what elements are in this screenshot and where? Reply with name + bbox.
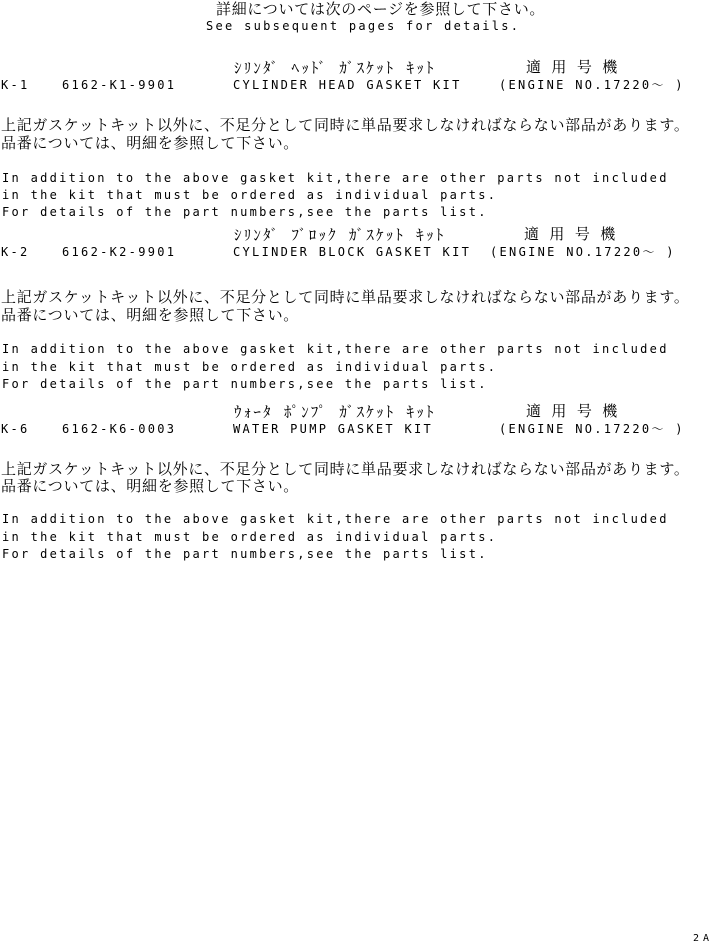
kit-note-en-line3: For details of the part numbers,see the … [2, 548, 488, 560]
kit-name-en: CYLINDER HEAD GASKET KIT [233, 79, 462, 91]
kit-note-ja-line1: 上記ガスケットキット以外に、不足分として同時に単品要求しなければならない部品があ… [1, 118, 690, 133]
kit-part-number: 6162-K2-9901 [62, 246, 176, 258]
kit-note-en-line2: in the kit that must be ordered as indiv… [2, 361, 497, 373]
kit-note-ja-line2: 品番については、明細を参照して下さい。 [1, 136, 299, 151]
kit-note-en-line1: In addition to the above gasket kit,ther… [2, 343, 669, 355]
kit-engine-range: (ENGINE NO.17220〜 ) [499, 79, 685, 91]
kit-engine-range: (ENGINE NO.17220〜 ) [490, 246, 676, 258]
kit-id: K-1 [1, 79, 30, 91]
kit-part-number: 6162-K6-0003 [62, 423, 176, 435]
kit-note-en-line2: in the kit that must be ordered as indiv… [2, 531, 497, 543]
kit-note-ja-line1: 上記ガスケットキット以外に、不足分として同時に単品要求しなければならない部品があ… [1, 290, 690, 305]
applicable-engines-label: 適 用 号 機 [526, 404, 618, 419]
kit-note-en-line3: For details of the part numbers,see the … [2, 206, 488, 218]
kit-id: K-2 [1, 246, 30, 258]
kit-note-ja-line1: 上記ガスケットキット以外に、不足分として同時に単品要求しなければならない部品があ… [1, 462, 690, 477]
header-note-ja: 詳細については次のページを参照して下さい。 [216, 2, 545, 17]
kit-note-en-line1: In addition to the above gasket kit,ther… [2, 513, 669, 525]
kit-name-en: CYLINDER BLOCK GASKET KIT [233, 246, 471, 258]
kit-id: K-6 [1, 423, 30, 435]
header-note-en: See subsequent pages for details. [206, 20, 520, 32]
kit-note-en-line2: in the kit that must be ordered as indiv… [2, 189, 497, 201]
parts-catalog-page: 詳細については次のページを参照して下さい。 See subsequent pag… [0, 0, 713, 950]
kit-part-number: 6162-K1-9901 [62, 79, 176, 91]
kit-note-en-line1: In addition to the above gasket kit,ther… [2, 172, 669, 184]
page-number: 2A [693, 934, 713, 944]
kit-name-kana: ｼﾘﾝﾀﾞ ﾌﾞﾛｯｸ ｶﾞｽｹｯﾄ ｷｯﾄ [234, 228, 445, 243]
kit-engine-range: (ENGINE NO.17220〜 ) [499, 423, 685, 435]
kit-name-kana: ｼﾘﾝﾀﾞ ﾍｯﾄﾞ ｶﾞｽｹｯﾄ ｷｯﾄ [234, 61, 436, 76]
kit-note-ja-line2: 品番については、明細を参照して下さい。 [1, 308, 299, 323]
kit-note-ja-line2: 品番については、明細を参照して下さい。 [1, 479, 299, 494]
kit-note-en-line3: For details of the part numbers,see the … [2, 378, 488, 390]
applicable-engines-label: 適 用 号 機 [526, 60, 618, 75]
kit-name-kana: ｳｫｰﾀ ﾎﾟﾝﾌﾟ ｶﾞｽｹｯﾄ ｷｯﾄ [234, 405, 436, 420]
applicable-engines-label: 適 用 号 機 [524, 227, 616, 242]
kit-name-en: WATER PUMP GASKET KIT [233, 423, 433, 435]
